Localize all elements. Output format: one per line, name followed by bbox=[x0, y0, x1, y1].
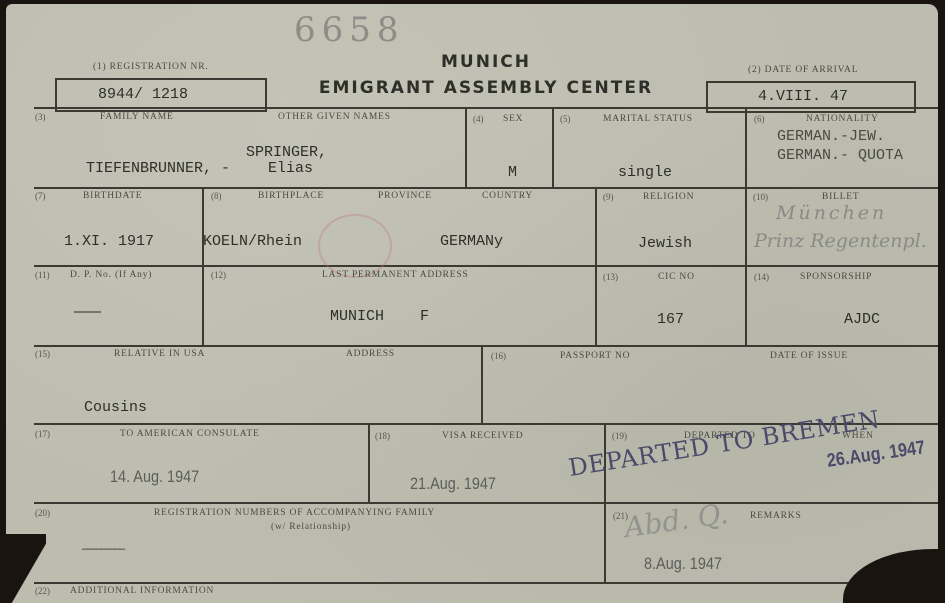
page-title: EMIGRANT ASSEMBLY CENTER bbox=[286, 78, 686, 98]
date-of-arrival-label: (2) DATE OF ARRIVAL bbox=[748, 65, 858, 75]
province-label: PROVINCE bbox=[378, 191, 432, 201]
family-name-label: FAMILY NAME bbox=[100, 112, 174, 122]
divider bbox=[481, 345, 483, 423]
nationality-line1: GERMAN.-JEW. bbox=[777, 128, 885, 145]
address-label: ADDRESS bbox=[346, 349, 395, 359]
billet-handwritten-line2: Prinz Regentenpl. bbox=[754, 230, 927, 252]
field-number: (10) bbox=[753, 192, 768, 202]
family-reg-value: ————————— bbox=[82, 544, 123, 556]
divider bbox=[552, 107, 554, 187]
visa-received-label: VISA RECEIVED bbox=[442, 431, 523, 441]
other-names-line2: Elias bbox=[268, 160, 313, 177]
divider bbox=[745, 107, 747, 187]
dp-no-value: ——— bbox=[74, 304, 101, 321]
divider bbox=[368, 423, 370, 502]
birthplace-value: KOELN/Rhein bbox=[203, 233, 302, 250]
field-number: (15) bbox=[35, 349, 50, 359]
birthdate-label: BIRTHDATE bbox=[83, 191, 142, 201]
consulate-date-stamp: 14. Aug. 1947 bbox=[110, 467, 199, 487]
field-number: (9) bbox=[603, 192, 614, 202]
field-number: (11) bbox=[35, 270, 50, 280]
field-number: (8) bbox=[211, 191, 222, 201]
field-number: (14) bbox=[754, 272, 769, 282]
other-names-line1: SPRINGER, bbox=[246, 144, 327, 161]
marital-status-label: MARITAL STATUS bbox=[603, 114, 693, 124]
divider bbox=[604, 423, 606, 582]
passport-no-label: PASSPORT NO bbox=[560, 351, 630, 361]
field-number: (17) bbox=[35, 429, 50, 439]
religion-label: RELIGION bbox=[643, 192, 694, 202]
field-number: (13) bbox=[603, 272, 618, 282]
remarks-date-stamp: 8.Aug. 1947 bbox=[644, 554, 722, 574]
divider bbox=[465, 107, 467, 187]
visa-date-stamp: 21.Aug. 1947 bbox=[410, 474, 496, 494]
field-number: (20) bbox=[35, 508, 50, 518]
divider bbox=[202, 187, 204, 345]
field-number: (5) bbox=[560, 114, 571, 124]
divider bbox=[745, 187, 747, 345]
field-number: (6) bbox=[754, 114, 765, 124]
folded-edge bbox=[6, 534, 46, 603]
registration-nr-label: (1) REGISTRATION NR. bbox=[93, 62, 209, 72]
field-number: (16) bbox=[491, 351, 506, 361]
divider bbox=[34, 345, 938, 347]
sex-label: SEX bbox=[503, 114, 523, 124]
divider bbox=[34, 265, 938, 267]
billet-handwritten-line1: München bbox=[776, 202, 887, 224]
divider bbox=[595, 187, 597, 345]
sponsorship-value: AJDC bbox=[844, 311, 880, 328]
nationality-label: NATIONALITY bbox=[806, 114, 879, 124]
sponsorship-label: SPONSORSHIP bbox=[800, 272, 872, 282]
departure-date-stamp: 26.Aug. 1947 bbox=[826, 437, 927, 473]
religion-value: Jewish bbox=[638, 235, 692, 252]
birthplace-label: BIRTHPLACE bbox=[258, 191, 324, 201]
birthdate-value: 1.XI. 1917 bbox=[64, 233, 154, 250]
divider bbox=[34, 187, 938, 189]
relative-value: Cousins bbox=[84, 399, 147, 416]
divider bbox=[34, 107, 938, 109]
last-address-value: MUNICH F bbox=[330, 308, 429, 325]
country-value: GERMANy bbox=[440, 233, 503, 250]
faded-stamp-mark bbox=[318, 214, 392, 278]
family-reg-label: REGISTRATION NUMBERS OF ACCOMPANYING FAM… bbox=[154, 508, 435, 518]
divider bbox=[34, 582, 874, 584]
registration-card: 6658 MUNICH EMIGRANT ASSEMBLY CENTER (1)… bbox=[6, 4, 938, 603]
date-of-issue-label: DATE OF ISSUE bbox=[770, 351, 848, 361]
dp-no-label: D. P. No. (If Any) bbox=[70, 270, 152, 280]
title-city: MUNICH bbox=[286, 52, 686, 72]
sex-value: M bbox=[508, 164, 517, 181]
remarks-label: REMARKS bbox=[750, 511, 802, 521]
relative-in-usa-label: RELATIVE IN USA bbox=[114, 349, 205, 359]
handwritten-file-number: 6658 bbox=[294, 10, 405, 50]
date-of-arrival-value: 4.VIII. 47 bbox=[758, 88, 848, 105]
torn-corner bbox=[843, 549, 938, 603]
billet-label: BILLET bbox=[822, 192, 860, 202]
family-name-value: TIEFENBRUNNER, - bbox=[86, 160, 230, 177]
cic-no-label: CIC NO bbox=[658, 272, 695, 282]
divider bbox=[34, 502, 938, 504]
field-number: (18) bbox=[375, 431, 390, 441]
consulate-label: TO AMERICAN CONSULATE bbox=[120, 429, 260, 439]
field-number: (3) bbox=[35, 112, 46, 122]
country-label: COUNTRY bbox=[482, 191, 533, 201]
marital-status-value: single bbox=[618, 164, 672, 181]
other-given-names-label: OTHER GIVEN NAMES bbox=[278, 112, 391, 122]
last-address-label: LAST PERMANENT ADDRESS bbox=[322, 270, 469, 280]
field-number: (12) bbox=[211, 270, 226, 280]
family-reg-sublabel: (w/ Relationship) bbox=[271, 522, 351, 532]
field-number: (4) bbox=[473, 114, 484, 124]
registration-nr-value: 8944/ 1218 bbox=[98, 86, 188, 103]
additional-info-label: ADDITIONAL INFORMATION bbox=[70, 586, 214, 596]
nationality-line2: GERMAN.- QUOTA bbox=[777, 147, 903, 164]
field-number: (7) bbox=[35, 191, 46, 201]
field-number: (19) bbox=[612, 431, 627, 441]
cic-no-value: 167 bbox=[657, 311, 684, 328]
